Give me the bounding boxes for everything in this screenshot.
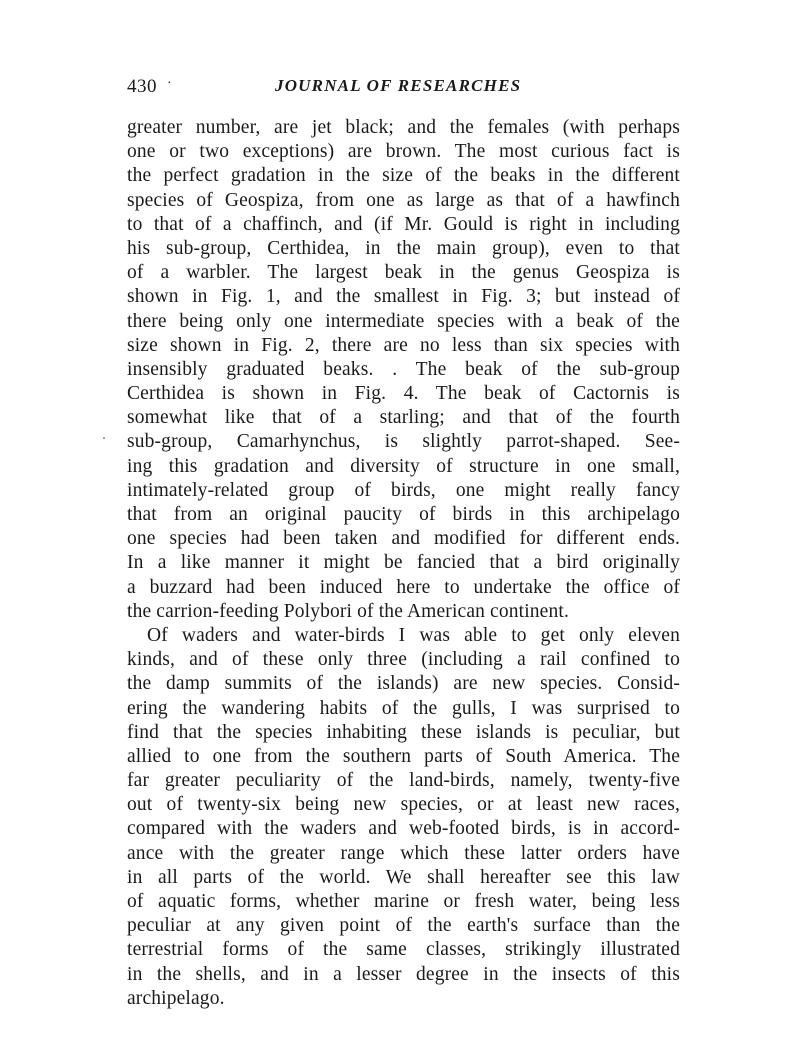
text-line: the damp summits of the islands) are new…: [127, 672, 680, 696]
text-line: his sub-group, Certhidea, in the main gr…: [127, 237, 680, 261]
text-line: ance with the greater range which these …: [127, 842, 680, 866]
text-line: that from an original paucity of birds i…: [127, 503, 680, 527]
text-line: the carrion-feeding Polybori of the Amer…: [127, 600, 680, 624]
text-line: one species had been taken and modified …: [127, 527, 680, 551]
body-text: greater number, are jet black; and the f…: [127, 116, 680, 1011]
running-header: 430 · JOURNAL OF RESEARCHES: [127, 76, 687, 100]
text-line: shown in Fig. 1, and the smallest in Fig…: [127, 285, 680, 309]
text-line: archipelago.: [127, 987, 680, 1011]
text-line: Certhidea is shown in Fig. 4. The beak o…: [127, 382, 680, 406]
margin-speck: [103, 437, 105, 439]
running-title: JOURNAL OF RESEARCHES: [275, 76, 521, 96]
text-line: allied to one from the southern parts of…: [127, 745, 680, 769]
page-number-mark: ·: [167, 76, 172, 92]
text-line: Of waders and water-birds I was able to …: [127, 624, 680, 648]
text-line: species of Geospiza, from one as large a…: [127, 189, 680, 213]
text-line: the perfect gradation in the size of the…: [127, 164, 680, 188]
text-line: in the shells, and in a lesser degree in…: [127, 963, 680, 987]
text-line: peculiar at any given point of the earth…: [127, 914, 680, 938]
page-number: 430: [127, 76, 157, 98]
text-line: of aquatic forms, whether marine or fres…: [127, 890, 680, 914]
paragraph-1: greater number, are jet black; and the f…: [127, 116, 680, 624]
text-line: kinds, and of these only three (includin…: [127, 648, 680, 672]
text-line: far greater peculiarity of the land-bird…: [127, 769, 680, 793]
text-line: a buzzard had been induced here to under…: [127, 576, 680, 600]
text-line: ering the wandering habits of the gulls,…: [127, 697, 680, 721]
text-line: out of twenty-six being new species, or …: [127, 793, 680, 817]
text-line: intimately-related group of birds, one m…: [127, 479, 680, 503]
text-line: terrestrial forms of the same classes, s…: [127, 938, 680, 962]
text-line: sub-group, Camarhynchus, is slightly par…: [127, 430, 680, 454]
text-line: insensibly graduated beaks. . The beak o…: [127, 358, 680, 382]
text-line: somewhat like that of a starling; and th…: [127, 406, 680, 430]
text-line: size shown in Fig. 2, there are no less …: [127, 334, 680, 358]
text-line: ing this gradation and diversity of stru…: [127, 455, 680, 479]
text-line: there being only one intermediate specie…: [127, 310, 680, 334]
book-page: 430 · JOURNAL OF RESEARCHES greater numb…: [0, 0, 800, 1050]
paragraph-2: Of waders and water-birds I was able to …: [127, 624, 680, 1011]
text-line: one or two exceptions) are brown. The mo…: [127, 140, 680, 164]
text-line: find that the species inhabiting these i…: [127, 721, 680, 745]
text-line: compared with the waders and web-footed …: [127, 817, 680, 841]
text-line: greater number, are jet black; and the f…: [127, 116, 680, 140]
text-line: in all parts of the world. We shall here…: [127, 866, 680, 890]
text-line: of a warbler. The largest beak in the ge…: [127, 261, 680, 285]
text-line: to that of a chaffinch, and (if Mr. Goul…: [127, 213, 680, 237]
text-line: In a like manner it might be fancied tha…: [127, 551, 680, 575]
